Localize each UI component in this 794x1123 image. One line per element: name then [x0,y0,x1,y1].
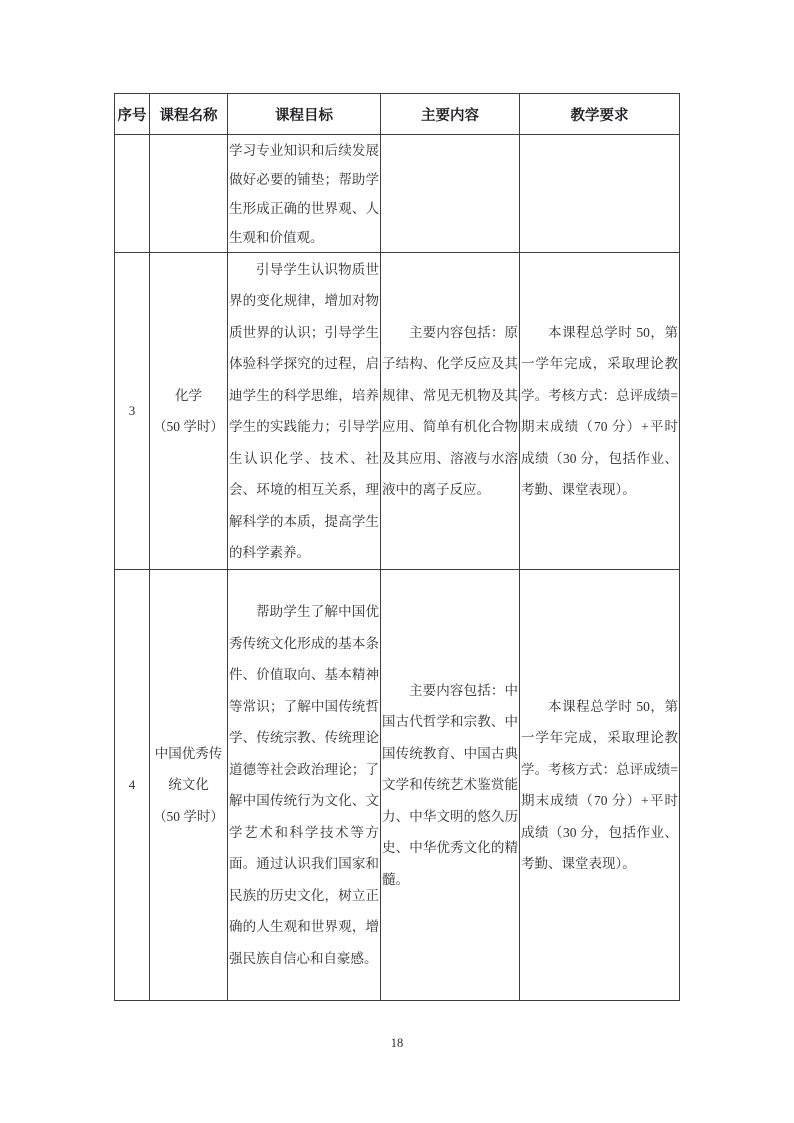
page-number: 18 [0,1036,794,1051]
header-course-goal: 课程目标 [228,94,381,135]
header-seq: 序号 [115,94,150,135]
cell-course-goal: 帮助学生了解中国优秀传统文化形成的基本条件、价值取向、基本精神等常识；了解中国传… [229,596,379,974]
cell-teaching-requirement: 本课程总学时 50，第一学年完成，采取理论教学。考核方式：总评成绩=期末成绩（7… [521,317,678,506]
cell-course-name [150,135,228,253]
cell-main-content: 主要内容包括：中国古代哲学和宗教、中国传统教育、中国古典文学和传统艺术鉴赏能力、… [382,675,518,896]
cell-course-goal: 学习专业知识和后续发展做好必要的铺垫；帮助学生形成正确的世界观、人生观和价值观。 [229,136,379,252]
header-teaching-requirement: 教学要求 [520,94,680,135]
header-course-name: 课程名称 [150,94,228,135]
document-page: 序号 课程名称 课程目标 主要内容 教学要求 学习专业知识和后续发展做好必要的铺… [0,0,794,1123]
table-row-traditional-culture: 4 中国优秀传统文化 （50 学时） 帮助学生了解中国优秀传统文化形成的基本条件… [115,570,680,1001]
cell-seq: 4 [115,570,150,1001]
table-header-row: 序号 课程名称 课程目标 主要内容 教学要求 [115,94,680,135]
cell-teaching-requirement: 本课程总学时 50，第一学年完成，采取理论教学。考核方式：总评成绩=期末成绩（7… [521,691,678,880]
cell-seq: 3 [115,253,150,570]
course-hours-text: （50 学时） [151,411,226,443]
course-hours-text: （50 学时） [151,801,226,833]
course-table: 序号 课程名称 课程目标 主要内容 教学要求 学习专业知识和后续发展做好必要的铺… [114,93,680,1001]
table-row-chemistry: 3 化学 （50 学时） 引导学生认识物质世界的变化规律，增加对物质世界的认识；… [115,253,680,570]
cell-course-name: 中国优秀传统文化 （50 学时） [150,570,228,1001]
header-main-content: 主要内容 [381,94,520,135]
cell-course-goal: 引导学生认识物质世界的变化规律，增加对物质世界的认识；引导学生体验科学探究的过程… [229,254,379,569]
course-name-text: 化学 [151,380,226,412]
table-row-continuation: 学习专业知识和后续发展做好必要的铺垫；帮助学生形成正确的世界观、人生观和价值观。 [115,135,680,253]
cell-seq [115,135,150,253]
cell-course-name: 化学 （50 学时） [150,253,228,570]
course-name-text: 中国优秀传统文化 [151,738,226,801]
cell-main-content: 主要内容包括：原子结构、化学反应及其规律、常见无机物及其应用、简单有机化合物及其… [382,317,518,506]
